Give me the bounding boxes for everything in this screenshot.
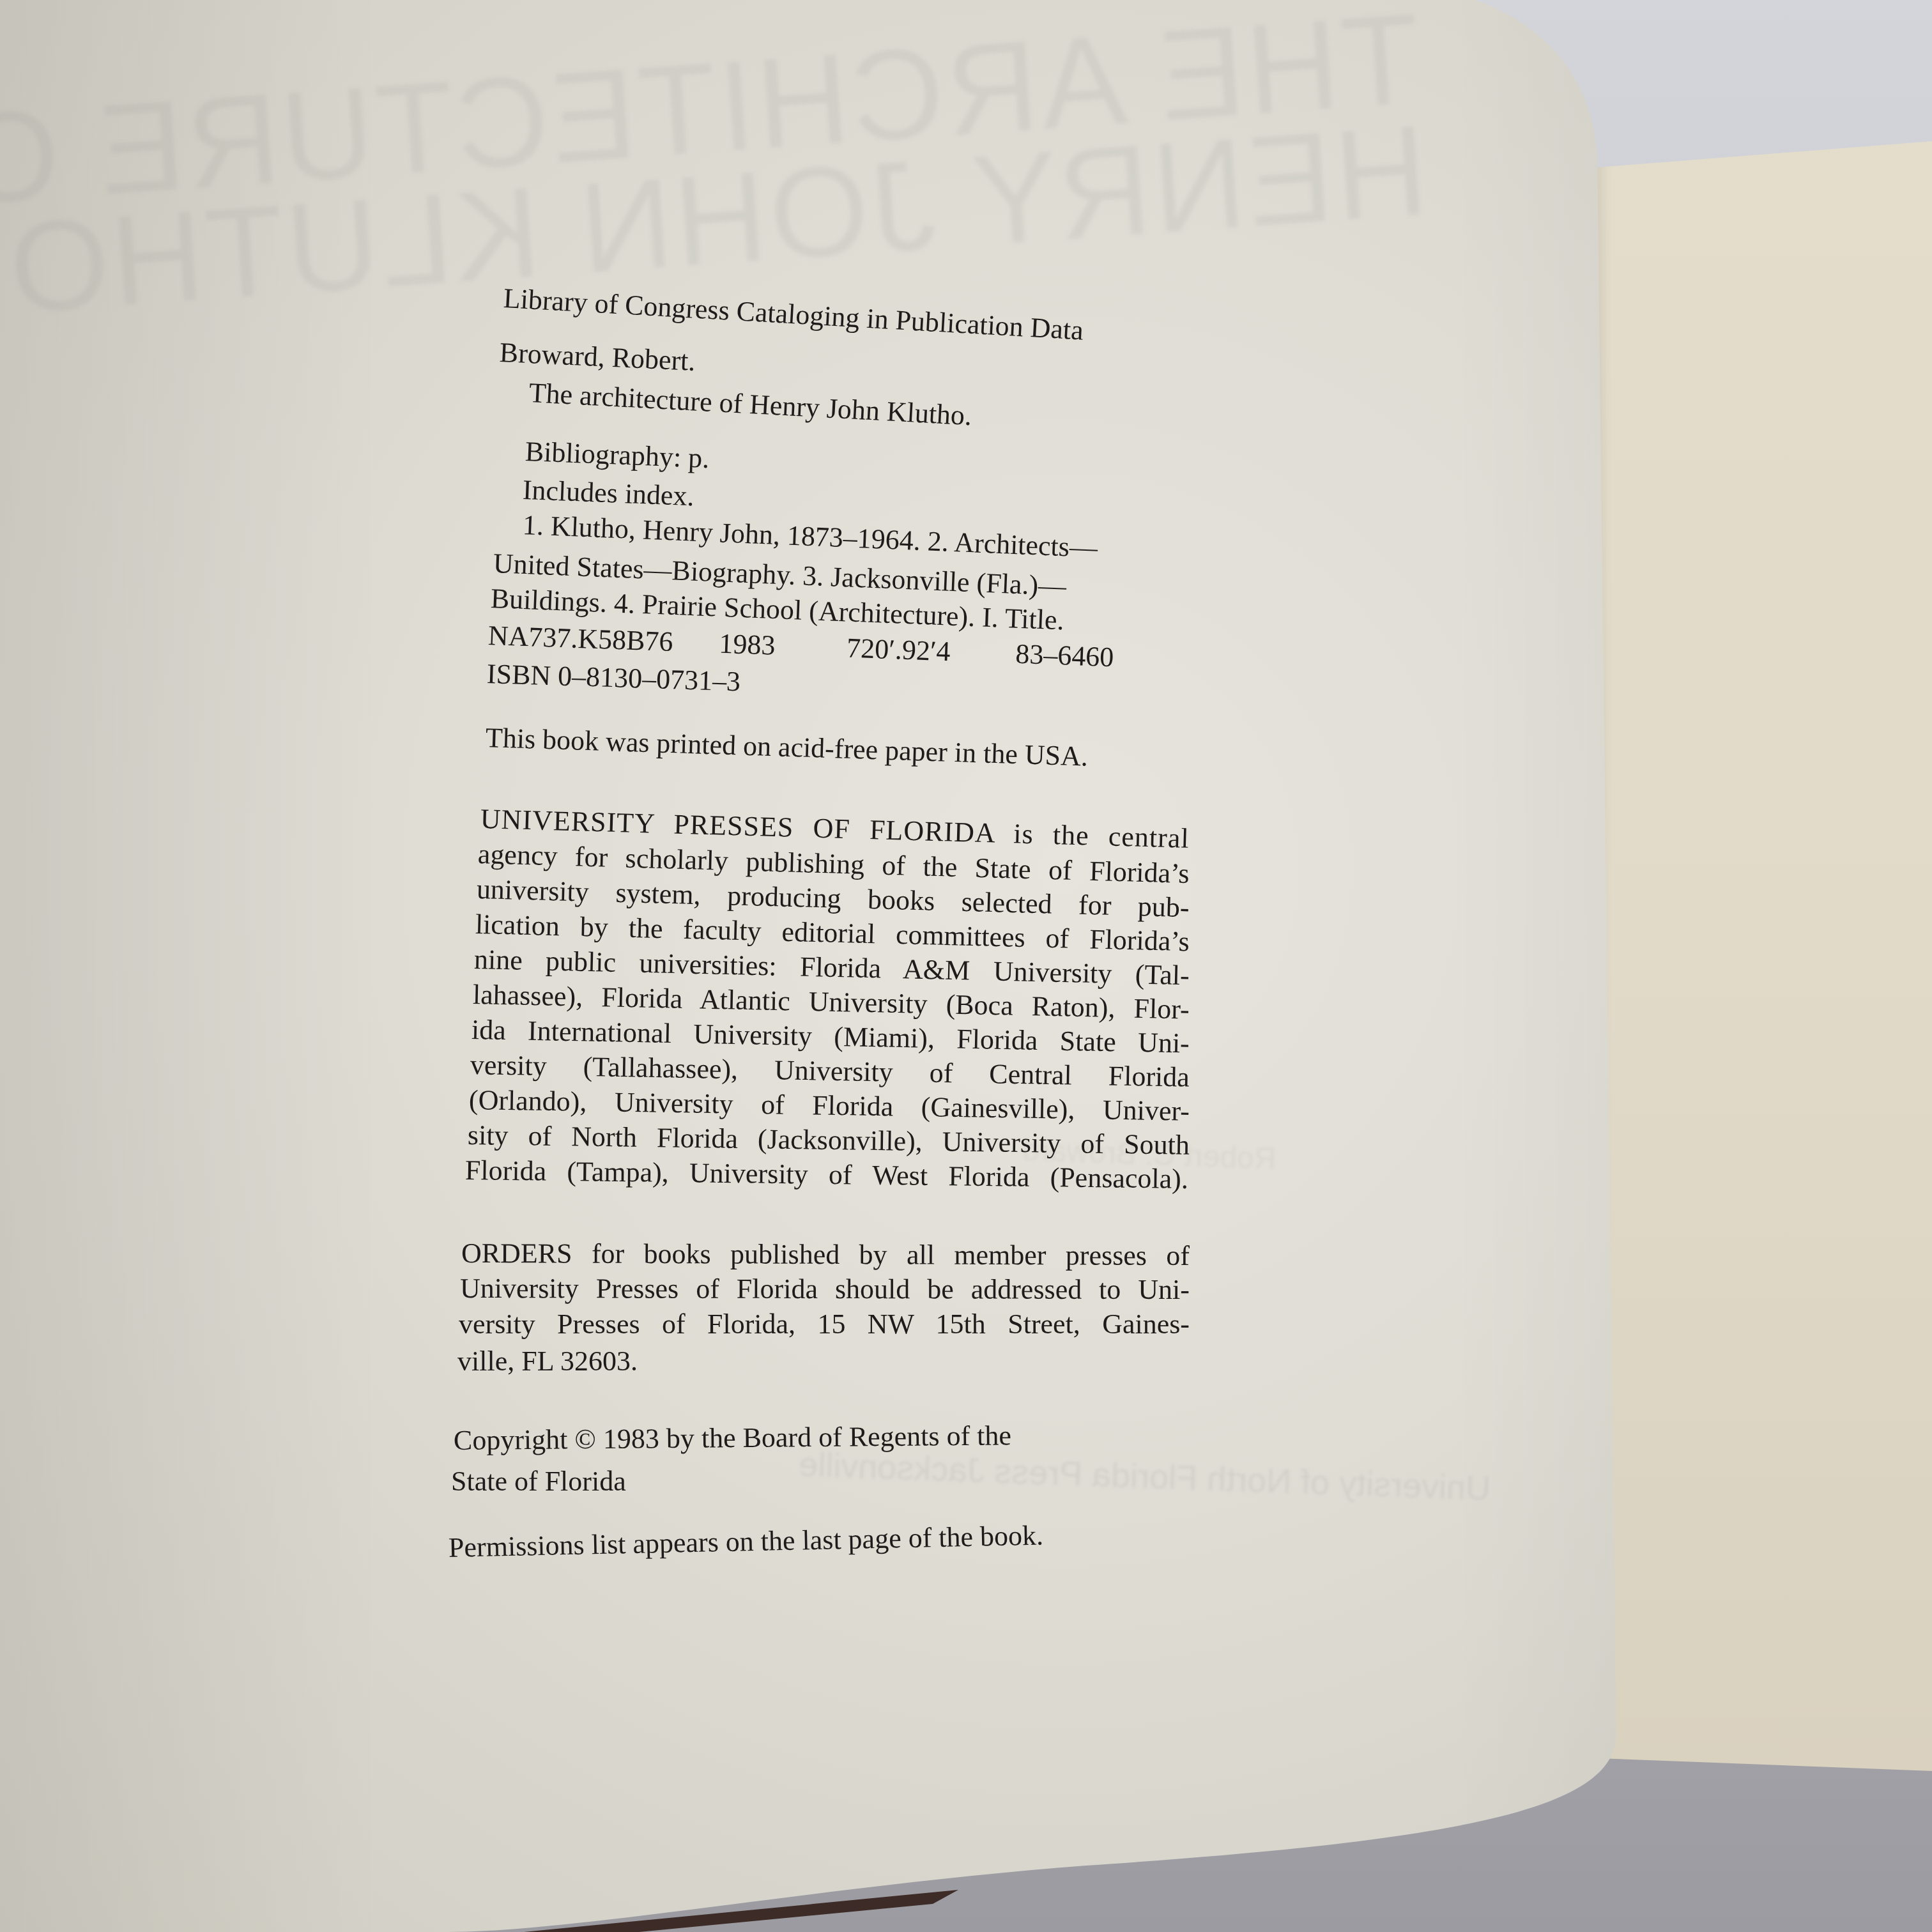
call-number: NA737.K58B76: [487, 620, 673, 657]
orders-line-1: ORDERS for books published by all member…: [461, 1236, 1190, 1273]
cip-heading: Library of Congress Cataloging in Public…: [503, 281, 1085, 348]
cip-title: The architecture of Henry John Klutho.: [528, 376, 973, 433]
orders-line-3: versity Presses of Florida, 15 NW 15th S…: [459, 1307, 1190, 1342]
photo-scene: THE ARCHITECTURE OF HENRY JOHN KLUTHO Ro…: [0, 0, 1932, 1932]
copyright-line-2: State of Florida: [451, 1464, 626, 1499]
show-through-title: THE ARCHITECTURE OF HENRY JOHN KLUTHO: [204, 3, 1431, 310]
show-through-imprint: University of North Florida Press Jackso…: [798, 1445, 1491, 1508]
permissions-note: Permissions list appears on the last pag…: [448, 1519, 1043, 1565]
isbn: ISBN 0–8130–0731–3: [486, 657, 741, 699]
lccn: 83–6460: [1015, 638, 1115, 673]
dewey-number: 720′.92′4: [847, 632, 951, 668]
acid-free-note: This book was printed on acid-free paper…: [485, 721, 1089, 774]
cip-author: Broward, Robert.: [499, 335, 696, 379]
publication-year: 1983: [719, 628, 776, 661]
copyright-line-1: Copyright © 1983 by the Board of Regents…: [454, 1418, 1011, 1457]
underlying-page: [1597, 0, 1932, 1932]
cip-note-bibliography: Bibliography: p.: [525, 434, 710, 476]
orders-line-4: ville, FL 32603.: [457, 1344, 638, 1379]
orders-line-2: University Presses of Florida should be …: [460, 1271, 1190, 1307]
cip-note-index: Includes index.: [522, 473, 695, 514]
